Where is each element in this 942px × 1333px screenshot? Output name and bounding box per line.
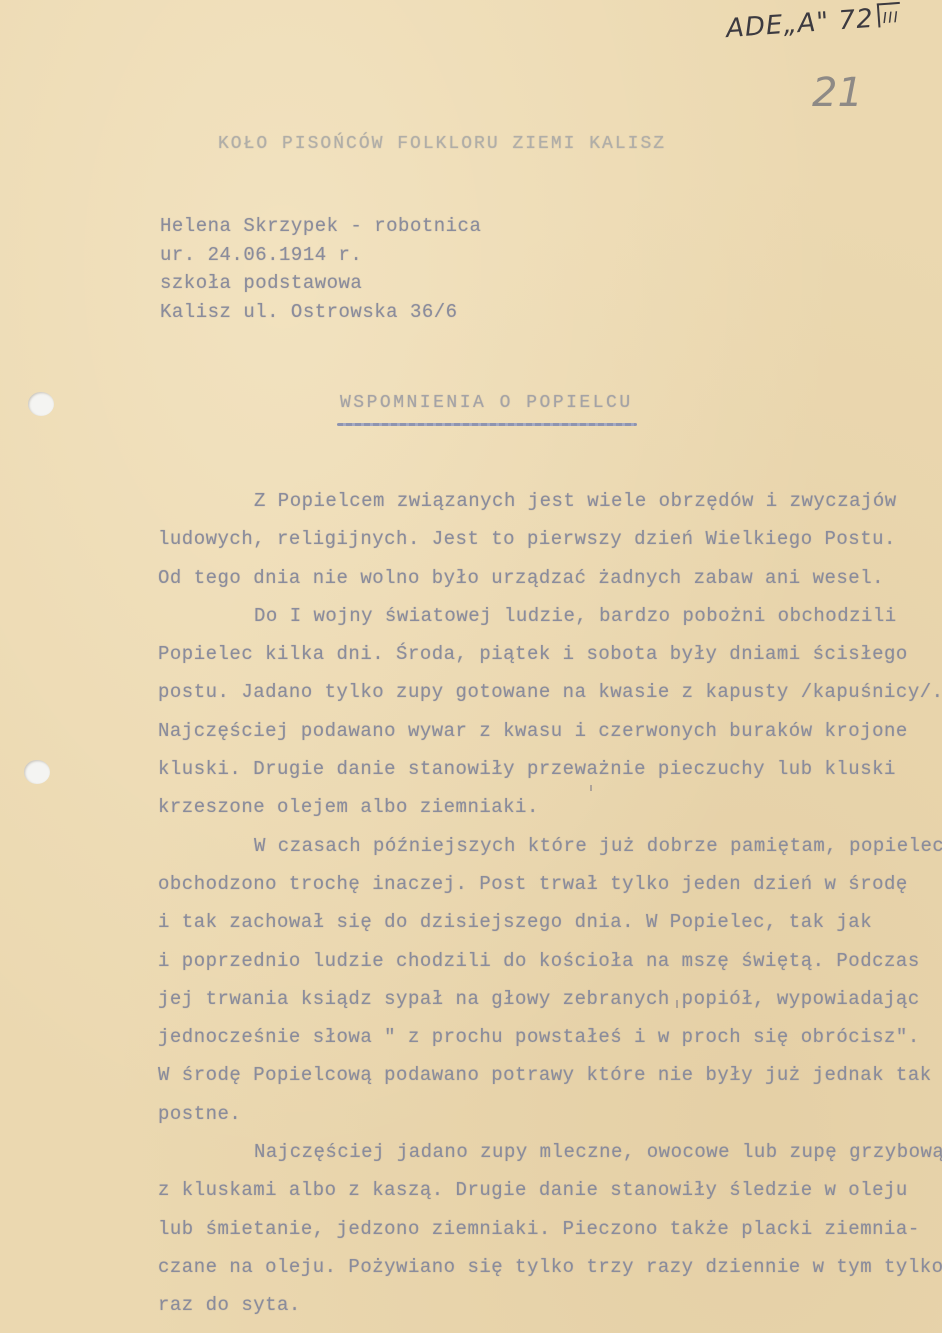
text-line: czane na oleju. Pożywiano się tylko trzy…: [158, 1248, 918, 1286]
text-line: Popielec kilka dni. Środa, piątek i sobo…: [158, 635, 918, 673]
archive-reference-handwritten: ADE„A" 72III: [725, 2, 902, 44]
document-page: ADE„A" 72III 21 KOŁO PISOŃCÓW FOLKLORU Z…: [0, 0, 942, 1333]
text-line: jednocześnie słowa " z prochu powstałeś …: [158, 1018, 918, 1056]
text-line: Z Popielcem związanych jest wiele obrzęd…: [158, 482, 918, 520]
text-line: i tak zachował się do dzisiejszego dnia.…: [158, 903, 918, 941]
document-title: WSPOMNIENIA O POPIELCU: [340, 393, 633, 413]
text-line: krzeszone olejem albo ziemniaki.: [158, 788, 918, 826]
organization-header: KOŁO PISOŃCÓW FOLKLORU ZIEMI KALISZ: [218, 134, 666, 154]
text-line: Do I wojny światowej ludzie, bardzo pobo…: [158, 597, 918, 635]
text-line: postu. Jadano tylko zupy gotowane na kwa…: [158, 673, 918, 711]
text-line: lub śmietanie, jedzono ziemniaki. Pieczo…: [158, 1210, 918, 1248]
punch-hole-bottom: [24, 760, 50, 784]
informant-name: Helena Skrzypek - robotnica: [160, 212, 481, 241]
text-line: raz do syta.: [158, 1286, 918, 1324]
title-underline: [337, 423, 637, 426]
archive-ref-text: ADE„A" 72: [725, 4, 875, 44]
text-line: i poprzednio ludzie chodzili do kościoła…: [158, 942, 918, 980]
punch-hole-top: [28, 392, 54, 416]
paper-speck: [676, 1000, 678, 1008]
page-number-handwritten: 21: [812, 70, 863, 116]
paragraph-4: Najczęściej jadano zupy mleczne, owocowe…: [158, 1133, 918, 1324]
informant-address: Kalisz ul. Ostrowska 36/6: [160, 298, 481, 327]
document-body: Z Popielcem związanych jest wiele obrzęd…: [158, 482, 918, 1325]
text-line: ludowych, religijnych. Jest to pierwszy …: [158, 520, 918, 558]
text-line: obchodzono trochę inaczej. Post trwał ty…: [158, 865, 918, 903]
text-line: Najczęściej jadano zupy mleczne, owocowe…: [158, 1133, 918, 1171]
text-line: z kluskami albo z kaszą. Drugie danie st…: [158, 1171, 918, 1209]
paragraph-3: W czasach późniejszych które już dobrze …: [158, 827, 918, 1133]
text-line: kluski. Drugie danie stanowiły przeważni…: [158, 750, 918, 788]
paragraph-1: Z Popielcem związanych jest wiele obrzęd…: [158, 482, 918, 597]
text-line: jej trwania ksiądz sypał na głowy zebran…: [158, 980, 918, 1018]
informant-birth: ur. 24.06.1914 r.: [160, 241, 481, 270]
text-line: postne.: [158, 1095, 918, 1133]
informant-block: Helena Skrzypek - robotnica ur. 24.06.19…: [160, 212, 481, 326]
archive-ref-roman: III: [877, 2, 902, 28]
text-line: Najczęściej podawano wywar z kwasu i cze…: [158, 712, 918, 750]
paragraph-2: Do I wojny światowej ludzie, bardzo pobo…: [158, 597, 918, 827]
text-line: W środę Popielcową podawano potrawy któr…: [158, 1056, 918, 1094]
text-line: W czasach późniejszych które już dobrze …: [158, 827, 918, 865]
informant-education: szkoła podstawowa: [160, 269, 481, 298]
text-line: Od tego dnia nie wolno było urządzać żad…: [158, 559, 918, 597]
paper-speck: [590, 785, 592, 791]
